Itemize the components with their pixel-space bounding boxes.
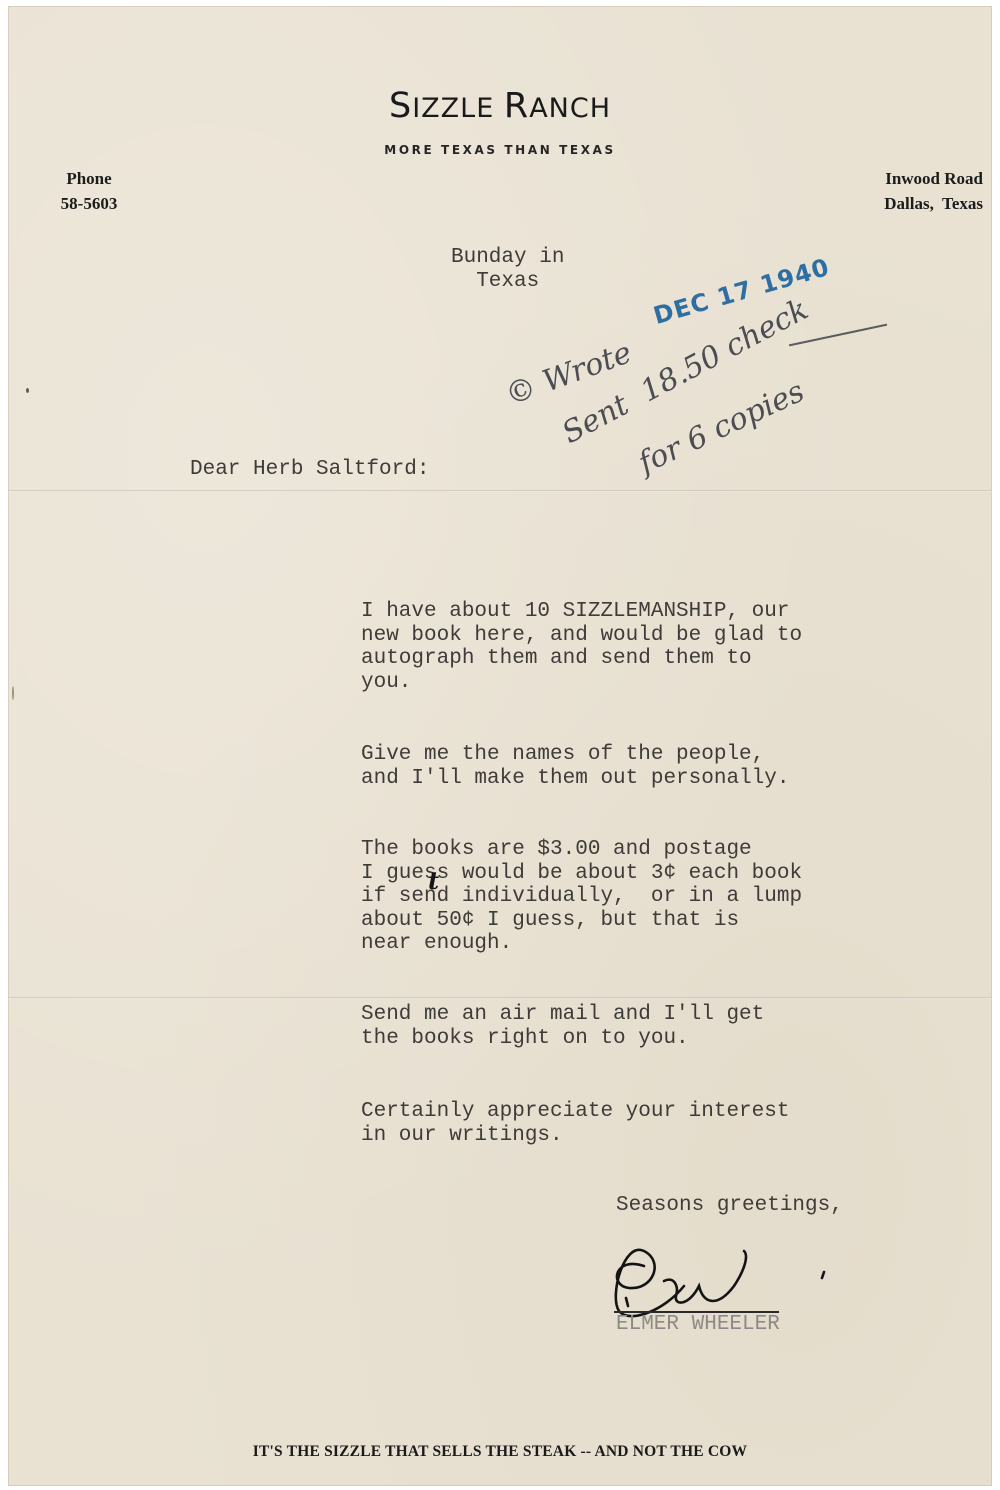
address-line-1: Inwood Road xyxy=(843,166,983,191)
paper-speck xyxy=(26,388,29,393)
fold-line-lower xyxy=(8,997,992,999)
body-paragraph-1: I have about 10 SIZZLEMANSHIP, our new b… xyxy=(361,600,802,694)
typed-signature-name: ELMER WHEELER xyxy=(616,1313,780,1337)
address-block: Inwood Road Dallas, Texas xyxy=(843,166,983,216)
ink-correction-mark: t xyxy=(428,866,439,895)
letter-page: SIZZLE RANCH MORE TEXAS THAN TEXAS Phone… xyxy=(8,6,992,1486)
fold-line-upper xyxy=(8,490,992,492)
closing: Seasons greetings, xyxy=(616,1194,843,1218)
dateline: Bunday in Texas xyxy=(451,246,564,293)
body-paragraph-3: The books are $3.00 and postage I guess … xyxy=(361,838,802,956)
body-paragraph-5: Certainly appreciate your interest in ou… xyxy=(361,1100,789,1147)
body-paragraph-2: Give me the names of the people, and I'l… xyxy=(361,743,789,790)
letterhead-tagline: MORE TEXAS THAN TEXAS xyxy=(8,143,992,157)
brand-initial-s: S xyxy=(389,86,412,126)
brand-word-sizzle: IZZLE xyxy=(412,93,494,124)
letterhead-brand: SIZZLE RANCH xyxy=(8,86,992,126)
phone-block: Phone 58-5603 xyxy=(44,166,134,216)
brand-initial-r: R xyxy=(504,86,529,126)
salutation: Dear Herb Saltford: xyxy=(190,458,429,482)
address-line-2: Dallas, Texas xyxy=(843,191,983,216)
phone-number: 58-5603 xyxy=(44,191,134,216)
brand-word-ranch: ANCH xyxy=(529,93,611,124)
footer-slogan: IT'S THE SIZZLE THAT SELLS THE STEAK -- … xyxy=(8,1443,992,1461)
body-paragraph-4: Send me an air mail and I'll get the boo… xyxy=(361,1003,764,1050)
phone-label: Phone xyxy=(44,166,134,191)
paper-speck xyxy=(12,686,14,700)
